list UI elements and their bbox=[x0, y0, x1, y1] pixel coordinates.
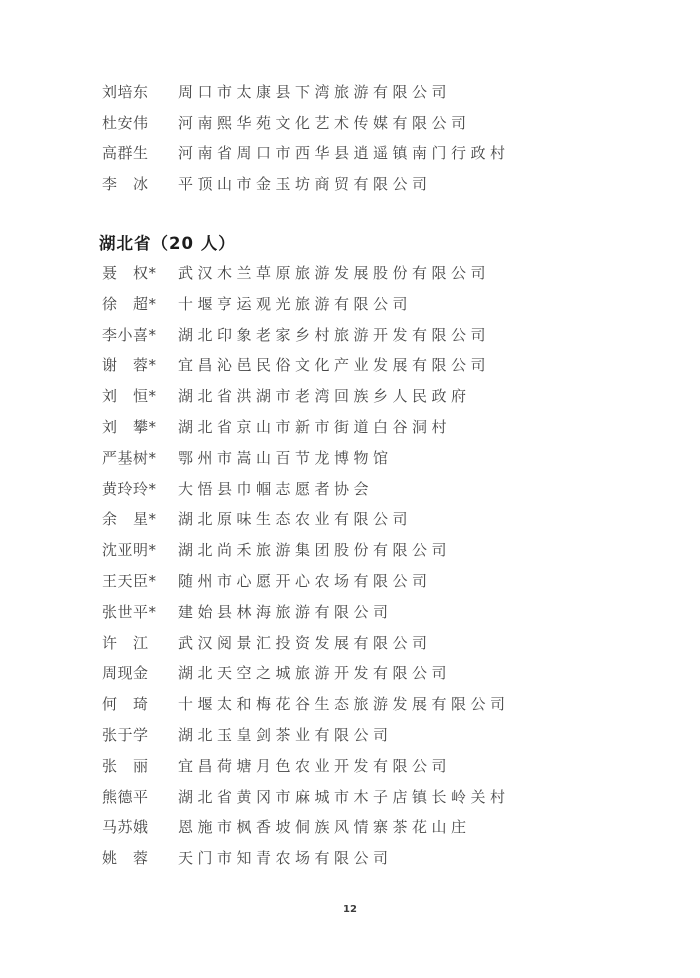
list-item: 张于学 湖北玉皇剑茶业有限公司 bbox=[102, 719, 670, 750]
list-item: 张世平* 建始县林海旅游有限公司 bbox=[102, 596, 670, 627]
organization-name: 湖北原味生态农业有限公司 bbox=[178, 508, 412, 529]
person-name: 马苏娥 bbox=[102, 816, 178, 837]
organization-name: 湖北省洪湖市老湾回族乡人民政府 bbox=[178, 385, 471, 406]
document-page: 刘培东 周口市太康县下湾旅游有限公司 杜安伟 河南熙华苑文化艺术传媒有限公司 高… bbox=[0, 0, 700, 978]
person-name: 谢 蓉* bbox=[102, 354, 178, 375]
person-name: 徐 超* bbox=[102, 293, 178, 314]
organization-name: 鄂州市嵩山百节龙博物馆 bbox=[178, 447, 393, 468]
organization-name: 湖北印象老家乡村旅游开发有限公司 bbox=[178, 324, 490, 345]
person-name: 高群生 bbox=[102, 142, 178, 163]
person-name: 聂 权* bbox=[102, 262, 178, 283]
person-name: 李小喜* bbox=[102, 324, 178, 345]
organization-name: 河南省周口市西华县逍遥镇南门行政村 bbox=[178, 142, 510, 163]
list-item: 聂 权* 武汉木兰草原旅游发展股份有限公司 bbox=[102, 257, 670, 288]
list-item: 高群生 河南省周口市西华县逍遥镇南门行政村 bbox=[102, 138, 670, 169]
organization-name: 湖北玉皇剑茶业有限公司 bbox=[178, 724, 393, 745]
organization-name: 宜昌沁邑民俗文化产业发展有限公司 bbox=[178, 354, 490, 375]
list-item: 许 江 武汉阅景汇投资发展有限公司 bbox=[102, 627, 670, 658]
organization-name: 十堰亨运观光旅游有限公司 bbox=[178, 293, 412, 314]
organization-name: 湖北省京山市新市街道白谷洞村 bbox=[178, 416, 451, 437]
list-item: 沈亚明* 湖北尚禾旅游集团股份有限公司 bbox=[102, 534, 670, 565]
person-name: 王天臣* bbox=[102, 570, 178, 591]
list-item: 徐 超* 十堰亨运观光旅游有限公司 bbox=[102, 288, 670, 319]
person-name: 姚 蓉 bbox=[102, 847, 178, 868]
organization-name: 武汉木兰草原旅游发展股份有限公司 bbox=[178, 262, 490, 283]
list-item: 张 丽 宜昌荷塘月色农业开发有限公司 bbox=[102, 750, 670, 781]
person-name: 杜安伟 bbox=[102, 112, 178, 133]
list-item: 余 星* 湖北原味生态农业有限公司 bbox=[102, 504, 670, 535]
organization-name: 天门市知青农场有限公司 bbox=[178, 847, 393, 868]
organization-name: 恩施市枫香坡侗族风情寨茶花山庄 bbox=[178, 816, 471, 837]
organization-name: 建始县林海旅游有限公司 bbox=[178, 601, 393, 622]
list-item: 王天臣* 随州市心愿开心农场有限公司 bbox=[102, 565, 670, 596]
section-hubei: 聂 权* 武汉木兰草原旅游发展股份有限公司 徐 超* 十堰亨运观光旅游有限公司 … bbox=[102, 257, 670, 873]
list-item: 周现金 湖北天空之城旅游开发有限公司 bbox=[102, 658, 670, 689]
person-name: 严基树* bbox=[102, 447, 178, 468]
person-name: 余 星* bbox=[102, 508, 178, 529]
person-name: 何 琦 bbox=[102, 693, 178, 714]
list-item: 李 冰 平顶山市金玉坊商贸有限公司 bbox=[102, 168, 670, 199]
list-item: 熊德平 湖北省黄冈市麻城市木子店镇长岭关村 bbox=[102, 781, 670, 812]
list-item: 刘培东 周口市太康县下湾旅游有限公司 bbox=[102, 76, 670, 107]
organization-name: 平顶山市金玉坊商贸有限公司 bbox=[178, 173, 432, 194]
section-previous-province: 刘培东 周口市太康县下湾旅游有限公司 杜安伟 河南熙华苑文化艺术传媒有限公司 高… bbox=[102, 76, 670, 199]
person-name: 张世平* bbox=[102, 601, 178, 622]
person-name: 刘培东 bbox=[102, 81, 178, 102]
list-item: 黄玲玲* 大悟县巾帼志愿者协会 bbox=[102, 473, 670, 504]
organization-name: 河南熙华苑文化艺术传媒有限公司 bbox=[178, 112, 471, 133]
person-name: 黄玲玲* bbox=[102, 478, 178, 499]
list-item: 李小喜* 湖北印象老家乡村旅游开发有限公司 bbox=[102, 319, 670, 350]
list-item: 严基树* 鄂州市嵩山百节龙博物馆 bbox=[102, 442, 670, 473]
list-item: 杜安伟 河南熙华苑文化艺术传媒有限公司 bbox=[102, 107, 670, 138]
section-heading-hubei: 湖北省（20 人） bbox=[99, 226, 670, 257]
person-name: 张于学 bbox=[102, 724, 178, 745]
person-name: 许 江 bbox=[102, 632, 178, 653]
list-item: 姚 蓉 天门市知青农场有限公司 bbox=[102, 842, 670, 873]
person-name: 熊德平 bbox=[102, 786, 178, 807]
list-item: 马苏娥 恩施市枫香坡侗族风情寨茶花山庄 bbox=[102, 812, 670, 843]
organization-name: 周口市太康县下湾旅游有限公司 bbox=[178, 81, 451, 102]
organization-name: 随州市心愿开心农场有限公司 bbox=[178, 570, 432, 591]
person-name: 沈亚明* bbox=[102, 539, 178, 560]
list-item: 刘 恒* 湖北省洪湖市老湾回族乡人民政府 bbox=[102, 380, 670, 411]
page-number: 12 bbox=[0, 904, 700, 915]
person-name: 李 冰 bbox=[102, 173, 178, 194]
organization-name: 湖北天空之城旅游开发有限公司 bbox=[178, 662, 451, 683]
organization-name: 大悟县巾帼志愿者协会 bbox=[178, 478, 373, 499]
person-name: 张 丽 bbox=[102, 755, 178, 776]
name-list: 刘培东 周口市太康县下湾旅游有限公司 杜安伟 河南熙华苑文化艺术传媒有限公司 高… bbox=[102, 76, 670, 873]
organization-name: 武汉阅景汇投资发展有限公司 bbox=[178, 632, 432, 653]
person-name: 刘 恒* bbox=[102, 385, 178, 406]
organization-name: 十堰太和梅花谷生态旅游发展有限公司 bbox=[178, 693, 510, 714]
person-name: 刘 攀* bbox=[102, 416, 178, 437]
organization-name: 湖北尚禾旅游集团股份有限公司 bbox=[178, 539, 451, 560]
list-item: 谢 蓉* 宜昌沁邑民俗文化产业发展有限公司 bbox=[102, 350, 670, 381]
organization-name: 湖北省黄冈市麻城市木子店镇长岭关村 bbox=[178, 786, 510, 807]
list-item: 刘 攀* 湖北省京山市新市街道白谷洞村 bbox=[102, 411, 670, 442]
organization-name: 宜昌荷塘月色农业开发有限公司 bbox=[178, 755, 451, 776]
person-name: 周现金 bbox=[102, 662, 178, 683]
list-item: 何 琦 十堰太和梅花谷生态旅游发展有限公司 bbox=[102, 688, 670, 719]
